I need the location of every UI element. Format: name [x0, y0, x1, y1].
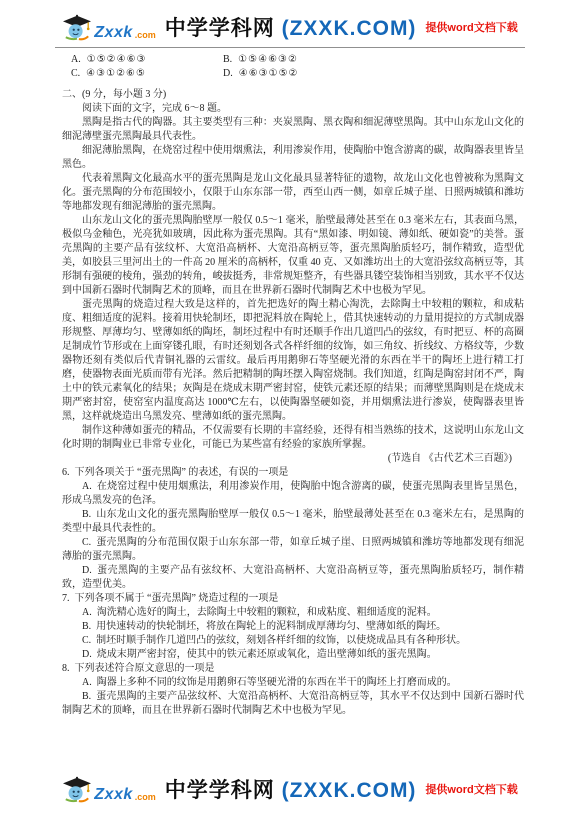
option-label: C.	[82, 635, 91, 646]
passage-paragraph: 山东龙山文化的蛋壳黑陶胎壁厚一般仅 0.5～1 毫米，胎壁最薄处甚至在 0.3 …	[62, 214, 524, 298]
question-6-option-d: D.蛋壳黑陶的主要产品有弦纹杯、大宽沿高柄杯、大宽沿高柄豆等，蛋壳黑陶胎质轻巧，…	[62, 564, 524, 592]
question-7-stem: 7.下列各项不属于 “蛋壳黑陶” 烧造过程的一项是	[62, 592, 524, 606]
question-stem-text: 下列各项关于 “蛋壳黑陶” 的表述，有误的一项是	[75, 467, 289, 478]
option-label: B.	[82, 509, 91, 520]
option-label: C.	[82, 537, 91, 548]
option-text: 蛋壳黑陶的主要产品弦纹杯、大宽沿高柄杯、大宽沿高柄豆等，其水平不仅达到中 国新石…	[62, 691, 524, 716]
option-label: A.	[82, 481, 92, 492]
answer-option-b: B. ①⑤④⑥③②	[223, 53, 298, 67]
option-label: A.	[82, 677, 92, 688]
option-text: 制坯时顺手制作几道凹凸的弦纹，刻划各样纤细的纹饰，以使烧成品具有各种形状。	[96, 635, 466, 646]
answer-label: A.	[71, 53, 81, 67]
option-label: D.	[82, 649, 92, 660]
question-7-option-b: B.用快速转动的快轮制坯，将放在陶轮上的泥料制成厚薄均匀、壁薄如纸的陶坯。	[62, 620, 524, 634]
logo-brand-text: Zxxk	[94, 787, 132, 803]
answer-option-d: D. ④⑥③①⑤②	[223, 67, 299, 81]
option-text: 蛋壳黑陶的主要产品有弦纹杯、大宽沿高柄杯、大宽沿高柄豆等，蛋壳黑陶胎质轻巧，制作…	[62, 565, 524, 590]
zxxk-logo[interactable]: Zxxk .com	[62, 13, 155, 41]
logo-brand-text: Zxxk	[94, 25, 132, 41]
question-6-option-b: B.山东龙山文化的蛋壳黑陶胎壁厚一般仅 0.5～1 毫米，胎壁最薄处甚至在 0.…	[62, 508, 524, 536]
logo-suffix-text: .com	[135, 31, 156, 41]
passage-paragraph: 代表着黑陶文化最高水平的蛋壳黑陶是龙山文化最具显著特征的遗物，故龙山文化也曾被称…	[62, 172, 524, 214]
question-7-option-c: C.制坯时顺手制作几道凹凸的弦纹，刻划各样纤细的纹饰，以使烧成品具有各种形状。	[62, 634, 524, 648]
option-text: 蛋壳黑陶的分布范围仅限于山东东部一带，如章丘城子崖、日照两城镇和潍坊等地都发现有…	[62, 537, 524, 562]
option-text: 陶器上多种不同的纹饰是用鹅卵石等坚硬光滑的东西在半干的陶坯上打磨而成的。	[97, 677, 457, 688]
question-8-stem: 8.下列表述符合原文意思的一项是	[62, 662, 524, 676]
page-header: Zxxk .com 中学学科网 (ZXXK.COM) 提供word文档下载	[0, 0, 580, 43]
answer-sequence: ④⑥③①⑤②	[239, 67, 299, 81]
site-title: 中学学科网 (ZXXK.COM)	[165, 774, 417, 804]
question-stem-text: 下列表述符合原文意思的一项是	[75, 663, 215, 674]
section-heading: 二、(9 分，每小题 3 分)	[62, 88, 524, 102]
reading-instruction: 阅读下面的文字，完成 6～8 题。	[62, 102, 524, 116]
answer-sequence: ④③①②⑥⑤	[86, 67, 146, 81]
question-6-option-c: C.蛋壳黑陶的分布范围仅限于山东东部一带，如章丘城子崖、日照两城镇和潍坊等地都发…	[62, 536, 524, 564]
exam-content: A. ①⑤②④⑥③ B. ①⑤④⑥③② C. ④③①②⑥⑤ D. ④⑥③①⑤② …	[0, 48, 580, 718]
question-stem-text: 下列各项不属于 “蛋壳黑陶” 烧造过程的一项是	[75, 593, 279, 604]
site-name: 中学学科网	[165, 779, 275, 802]
answer-row-1: A. ①⑤②④⑥③ B. ①⑤④⑥③②	[62, 53, 524, 67]
passage-paragraph: 黑陶是指古代的陶器。其主要类型有三种：夹炭黑陶、黑衣陶和细泥薄壁黑陶。其中山东龙…	[62, 116, 524, 144]
site-name: 中学学科网	[165, 17, 275, 40]
passage-paragraph: 蛋壳黑陶的烧造过程大致是这样的，首先把选好的陶土精心淘洗，去除陶土中较粗的颗粒，…	[62, 298, 524, 424]
question-7-option-a: A.淘洗精心选好的陶土，去除陶土中较粗的颗粒，和成粘度、粗细适度的泥料。	[62, 606, 524, 620]
option-label: B.	[82, 691, 91, 702]
zxxk-mascot-icon	[62, 13, 92, 41]
answer-row-2: C. ④③①②⑥⑤ D. ④⑥③①⑤②	[62, 67, 524, 81]
passage-attribution: (节选自 《古代艺术三百题》)	[62, 452, 524, 466]
answer-sequence: ①⑤④⑥③②	[238, 53, 298, 67]
option-text: 山东龙山文化的蛋壳黑陶胎壁厚一般仅 0.5～1 毫米，胎壁最薄处甚至在 0.3 …	[62, 509, 524, 534]
zxxk-logo-footer[interactable]: Zxxk .com	[62, 775, 155, 803]
site-domain: (ZXXK.COM)	[282, 17, 417, 40]
site-domain: (ZXXK.COM)	[282, 779, 417, 802]
option-label: B.	[82, 621, 91, 632]
zxxk-mascot-icon	[62, 775, 92, 803]
option-label: A.	[82, 607, 92, 618]
answer-option-a: A. ①⑤②④⑥③	[71, 53, 223, 67]
document-page: Zxxk .com 中学学科网 (ZXXK.COM) 提供word文档下载 A.…	[0, 0, 580, 820]
option-label: D.	[82, 565, 92, 576]
answer-label: D.	[223, 67, 233, 81]
question-8-option-b: B.蛋壳黑陶的主要产品弦纹杯、大宽沿高柄杯、大宽沿高柄豆等，其水平不仅达到中 国…	[62, 690, 524, 718]
option-text: 淘洗精心选好的陶土，去除陶土中较粗的颗粒，和成粘度、粗细适度的泥料。	[97, 607, 437, 618]
answer-option-c: C. ④③①②⑥⑤	[71, 67, 223, 81]
option-text: 烧成末期严密封窑，使其中的铁元素还原或氧化，造出壁薄如纸的蛋壳黑陶。	[97, 649, 437, 660]
question-number: 6.	[62, 467, 70, 478]
logo-suffix-text: .com	[135, 793, 156, 803]
option-text: 用快速转动的快轮制坯，将放在陶轮上的泥料制成厚薄均匀、壁薄如纸的陶坯。	[96, 621, 446, 632]
question-number: 7.	[62, 593, 70, 604]
word-download-link[interactable]: 提供word文档下载	[425, 781, 517, 797]
passage-paragraph: 细泥薄胎黑陶，在烧窑过程中使用烟熏法，利用渗炭作用，使陶胎中饱含游离的碳，故陶器…	[62, 144, 524, 172]
question-8-option-a: A.陶器上多种不同的纹饰是用鹅卵石等坚硬光滑的东西在半干的陶坯上打磨而成的。	[62, 676, 524, 690]
answer-sequence: ①⑤②④⑥③	[87, 53, 147, 67]
word-download-link[interactable]: 提供word文档下载	[425, 19, 517, 35]
page-footer: Zxxk .com 中学学科网 (ZXXK.COM) 提供word文档下载	[0, 773, 580, 805]
question-number: 8.	[62, 663, 70, 674]
site-title: 中学学科网 (ZXXK.COM)	[165, 12, 417, 42]
answer-label: B.	[223, 53, 232, 67]
question-6-stem: 6.下列各项关于 “蛋壳黑陶” 的表述，有误的一项是	[62, 466, 524, 480]
option-text: 在烧窑过程中使用烟熏法，利用渗炭作用，使陶胎中饱含游离的碳，使蛋壳黑陶表里皆呈黑…	[62, 481, 524, 506]
question-7-option-d: D.烧成末期严密封窑，使其中的铁元素还原或氧化，造出壁薄如纸的蛋壳黑陶。	[62, 648, 524, 662]
passage-paragraph: 制作这种薄如蛋壳的精品，不仅需要有长期的丰富经验，还得有相当熟练的技术，这说明山…	[62, 424, 524, 452]
question-6-option-a: A.在烧窑过程中使用烟熏法，利用渗炭作用，使陶胎中饱含游离的碳，使蛋壳黑陶表里皆…	[62, 480, 524, 508]
answer-label: C.	[71, 67, 80, 81]
